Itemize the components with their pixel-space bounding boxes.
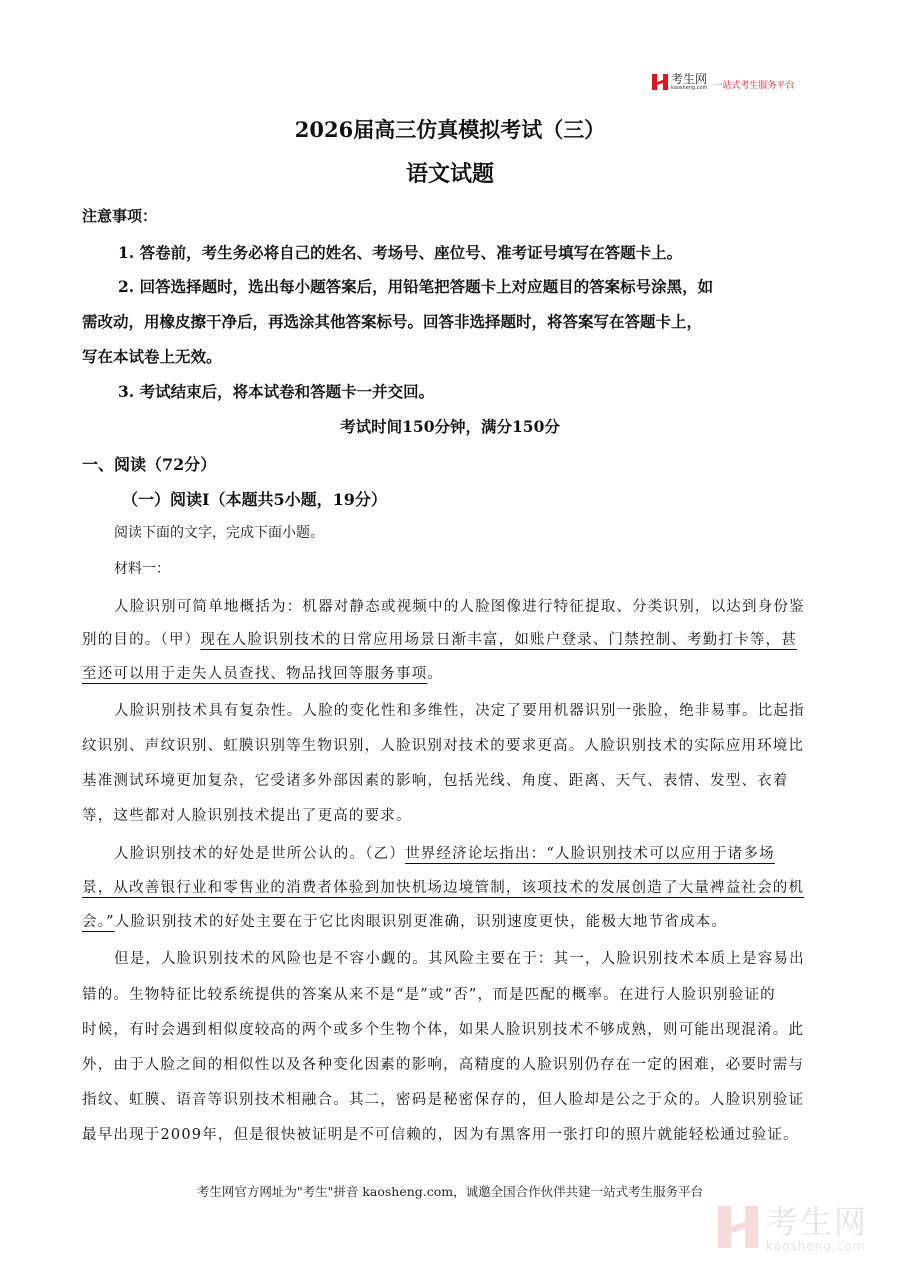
paragraph-3-line-2: 景，从改善银行业和零售业的消费者体验到加快机场边境管制，该项技术的发展创造了大量…	[82, 876, 804, 897]
underlined-sentence-jia-end: 至还可以用于走失人员查找、物品找回等服务事项	[82, 666, 427, 682]
paragraph-3-line-3: 会。”人脸识别技术的好处主要在于它比肉眼识别更准确，识别速度更快，能极大地节省成…	[82, 910, 727, 931]
paragraph-2-line-3: 基准测试环境更加复杂，它受诸多外部因素的影响，包括光线、角度、距离、天气、表情、…	[82, 769, 789, 790]
watermark-name: 考生网	[766, 1206, 868, 1238]
instruction: 阅读下面的文字，完成下面小题。	[114, 522, 324, 542]
logo-slogan: 一站式考生服务平台	[713, 78, 794, 91]
logo-domain: kaosheng.com	[671, 86, 707, 91]
kaosheng-logo-icon	[652, 74, 668, 90]
paragraph-3-line-1: 人脸识别技术的好处是世所公认的。（乙）世界经济论坛指出：“人脸识别技术可以应用于…	[114, 842, 775, 863]
underlined-sentence-yi-cont: 景，从改善银行业和零售业的消费者体验到加快机场边境管制，该项技术的发展创造了大量…	[82, 880, 804, 896]
paragraph-2-line-2: 纹识别、声纹识别、虹膜识别等生物识别，人脸识别对技术的要求更高。人脸识别技术的实…	[82, 734, 804, 755]
marker-jia: 别的目的。（甲）	[82, 632, 200, 648]
notice-item-1: 1. 答卷前，考生务必将自己的姓名、考场号、座位号、准考证号填写在答题卡上。	[118, 241, 682, 263]
watermark-logo: 考生网 kaosheng.com	[718, 1206, 868, 1252]
paragraph-2-line-4: 等，这些都对人脸识别技术提出了更高的要求。	[82, 804, 412, 825]
exam-title: 2026届高三仿真模拟考试（三）	[0, 114, 900, 144]
paragraph-4-line-2: 错的。生物特征比较系统提供的答案从来不是“是”或“否”，而是匹配的概率。在进行人…	[82, 983, 776, 1004]
material-label: 材料一：	[114, 558, 170, 578]
exam-info: 考试时间150分钟，满分150分	[0, 415, 900, 437]
notice-item-2-cont: 需改动，用橡皮擦干净后，再选涂其他答案标号。回答非选择题时，将答案写在答题卡上，	[82, 310, 702, 332]
paragraph-2-line-1: 人脸识别技术具有复杂性。人脸的变化性和多维性，决定了要用机器识别一张脸，绝非易事…	[114, 699, 805, 720]
underlined-sentence-yi: 世界经济论坛指出：“人脸识别技术可以应用于诸多场	[405, 846, 775, 862]
paragraph-4-line-1: 但是，人脸识别技术的风险也是不容小觑的。其风险主要在于：其一，人脸识别技术本质上…	[114, 947, 805, 968]
paragraph-4-line-5: 指纹、虹膜、语音等识别技术相融合。其二，密码是秘密保存的，但人脸却是公之于众的。…	[82, 1088, 804, 1109]
watermark-domain: kaosheng.com	[766, 1240, 868, 1252]
notice-item-3: 3. 考试结束后，将本试卷和答题卡一并交回。	[118, 380, 434, 402]
paragraph-1-line-2: 别的目的。（甲）现在人脸识别技术的日常应用场景日渐丰富，如账户登录、门禁控制、考…	[82, 628, 797, 649]
notice-heading: 注意事项：	[82, 205, 157, 226]
header-logo: 考生网 kaosheng.com 一站式考生服务平台	[652, 73, 794, 91]
section-heading: 一、阅读（72分）	[82, 452, 216, 475]
paragraph-1-line-1: 人脸识别可简单地概括为：机器对静态或视频中的人脸图像进行特征提取、分类识别，以达…	[114, 595, 805, 616]
footer-note: 考生网官方网址为"考生"拼音 kaosheng.com，诚邀全国合作伙伴共建一站…	[0, 1182, 900, 1200]
marker-yi: 人脸识别技术的好处是世所公认的。（乙）	[114, 846, 405, 862]
paragraph-1-line-3: 至还可以用于走失人员查找、物品找回等服务事项。	[82, 662, 443, 683]
underlined-sentence-jia: 现在人脸识别技术的日常应用场景日渐丰富，如账户登录、门禁控制、考勤打卡等，甚	[200, 632, 797, 648]
subsection-heading: （一）阅读Ⅰ（本题共5小题，19分）	[122, 487, 387, 510]
notice-item-2: 2. 回答选择题时，选出每小题答案后，用铅笔把答题卡上对应题目的答案标号涂黑，如	[118, 275, 713, 297]
paragraph-4-line-6: 最早出现于2009年，但是很快被证明是不可信赖的，因为有黑客用一张打印的照片就能…	[82, 1123, 799, 1144]
underlined-sentence-yi-end: 会。”	[82, 914, 115, 930]
exam-page: 考生网 kaosheng.com 一站式考生服务平台 2026届高三仿真模拟考试…	[0, 0, 900, 1273]
kaosheng-watermark-icon	[718, 1206, 758, 1248]
subject-title: 语文试题	[0, 157, 900, 188]
logo-name: 考生网	[671, 73, 707, 85]
notice-item-2-end: 写在本试卷上无效。	[82, 345, 222, 367]
paragraph-4-line-3: 时候，有时会遇到相似度较高的两个或多个生物个体，如果人脸识别技术不够成熟，则可能…	[82, 1018, 804, 1039]
paragraph-4-line-4: 外，由于人脸之间的相似性以及各种变化因素的影响，高精度的人脸识别仍存在一定的困难…	[82, 1053, 804, 1074]
